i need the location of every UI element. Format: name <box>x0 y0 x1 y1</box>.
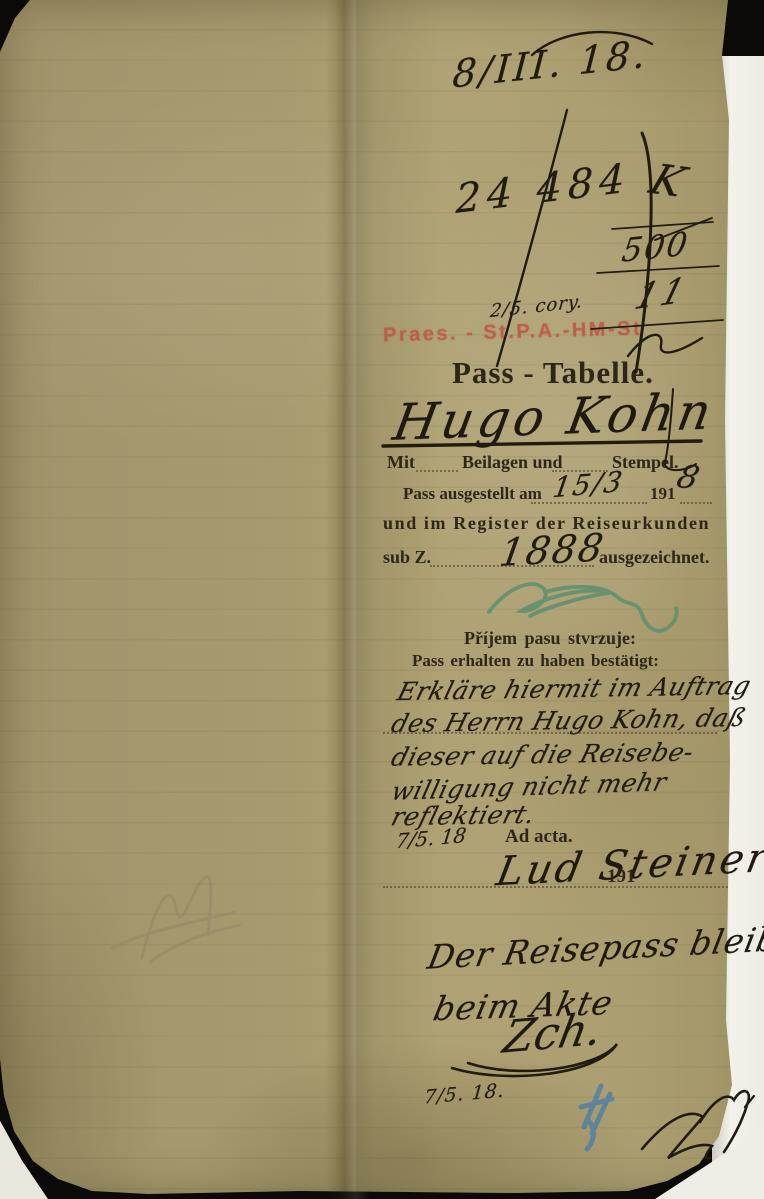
receipt-fill-line-1 <box>383 714 717 734</box>
amount-top: 500 <box>619 224 691 270</box>
ausgezeichnet-label: ausgezeichnet. <box>599 547 709 568</box>
receipt-german-label: Pass erhalten zu haben bestätigt: <box>412 651 659 671</box>
disposition-initials: Zch. <box>499 1003 606 1064</box>
paper-sheet <box>0 0 764 1199</box>
beilagen-fill-line <box>416 452 458 472</box>
sub-z-label: sub Z. <box>383 547 431 568</box>
receipt-note-line-3: dieser auf die Reisebe- <box>388 737 697 771</box>
receipt-czech-label: Příjem pasu stvrzuje: <box>464 628 636 649</box>
document-scan: 8/III. 18. 24 484 K 500 11 2/5. cory. Pr… <box>0 0 764 1199</box>
receipt-year-prefix: 191 <box>607 866 636 888</box>
issued-label: Pass ausgestellt am <box>403 484 542 504</box>
issued-date-value: 15/3 <box>550 465 626 505</box>
holder-name: Hugo Kohn <box>389 382 719 452</box>
mit-label: Mit <box>387 452 415 473</box>
year-fill-line <box>680 484 712 504</box>
receipt-year-fill-line <box>383 868 728 888</box>
register-number-value: 1888 <box>497 525 609 575</box>
beilagen-label: Beilagen und <box>462 452 563 473</box>
